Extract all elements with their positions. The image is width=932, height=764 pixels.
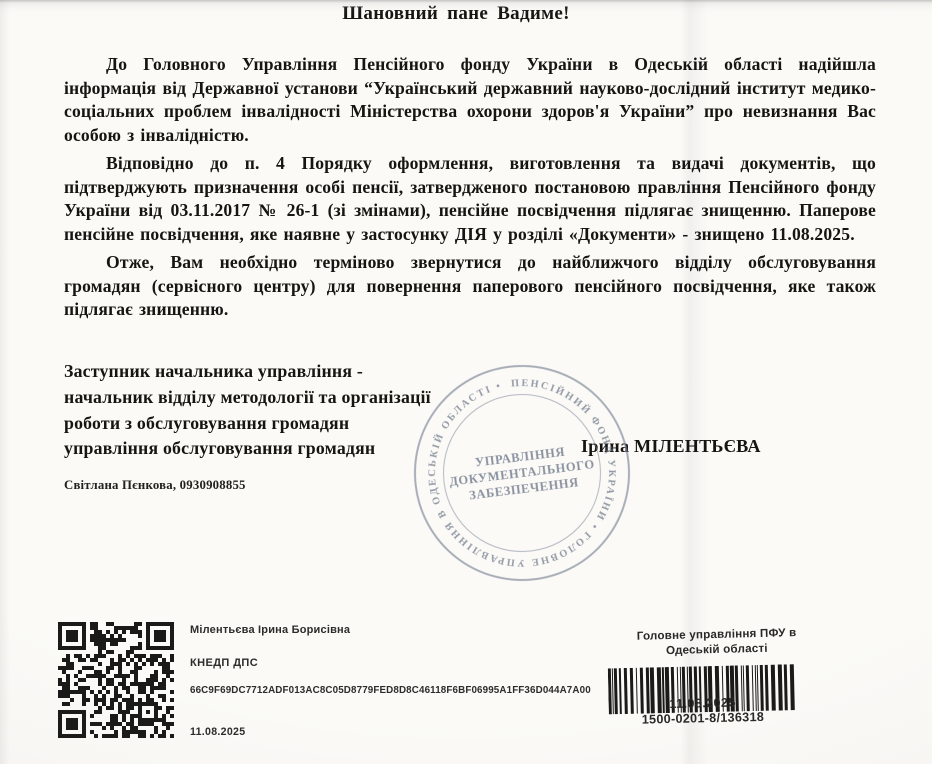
certificate-holder-name: Мілентьєва Ірина Борисівна [190, 624, 350, 636]
letter-body: До Головного Управління Пенсійного фонду… [64, 53, 876, 322]
qr-code-icon [58, 620, 174, 740]
scanned-letter-page: Шановний пане Вадиме! До Головного Управ… [0, 0, 932, 764]
organization-name: Головне управління ПФУ в Одеській област… [609, 625, 825, 659]
registration-stamp-block: Головне управління ПФУ в Одеській област… [597, 623, 919, 727]
executor-contact: Світлана Пєнкова, 0930908855 [64, 478, 246, 493]
certificate-authority: КНЕДП ДПС [190, 657, 258, 669]
round-stamp-icon: ПЕНСІЙНИЙ ФОНД УКРАЇНИ • ГОЛОВНЕ УПРАВЛІ… [402, 353, 643, 594]
certificate-hash: 66C9F69DC7712ADF013AC8C05D8779FED8D8C461… [190, 685, 591, 696]
salutation: Шановний пане Вадиме! [0, 3, 912, 25]
signature-date: 11.08.2025 [190, 726, 245, 738]
urgent-emphasis: терміново [314, 252, 395, 272]
paragraph-2: Відповідно до п. 4 Порядку оформлення, в… [64, 152, 876, 246]
paragraph-1: До Головного Управління Пенсійного фонду… [64, 53, 876, 147]
paragraph-3: Отже, Вам необхідно терміново звернутися… [64, 251, 876, 322]
paragraph-3-start: Отже, Вам необхідно [106, 252, 314, 272]
